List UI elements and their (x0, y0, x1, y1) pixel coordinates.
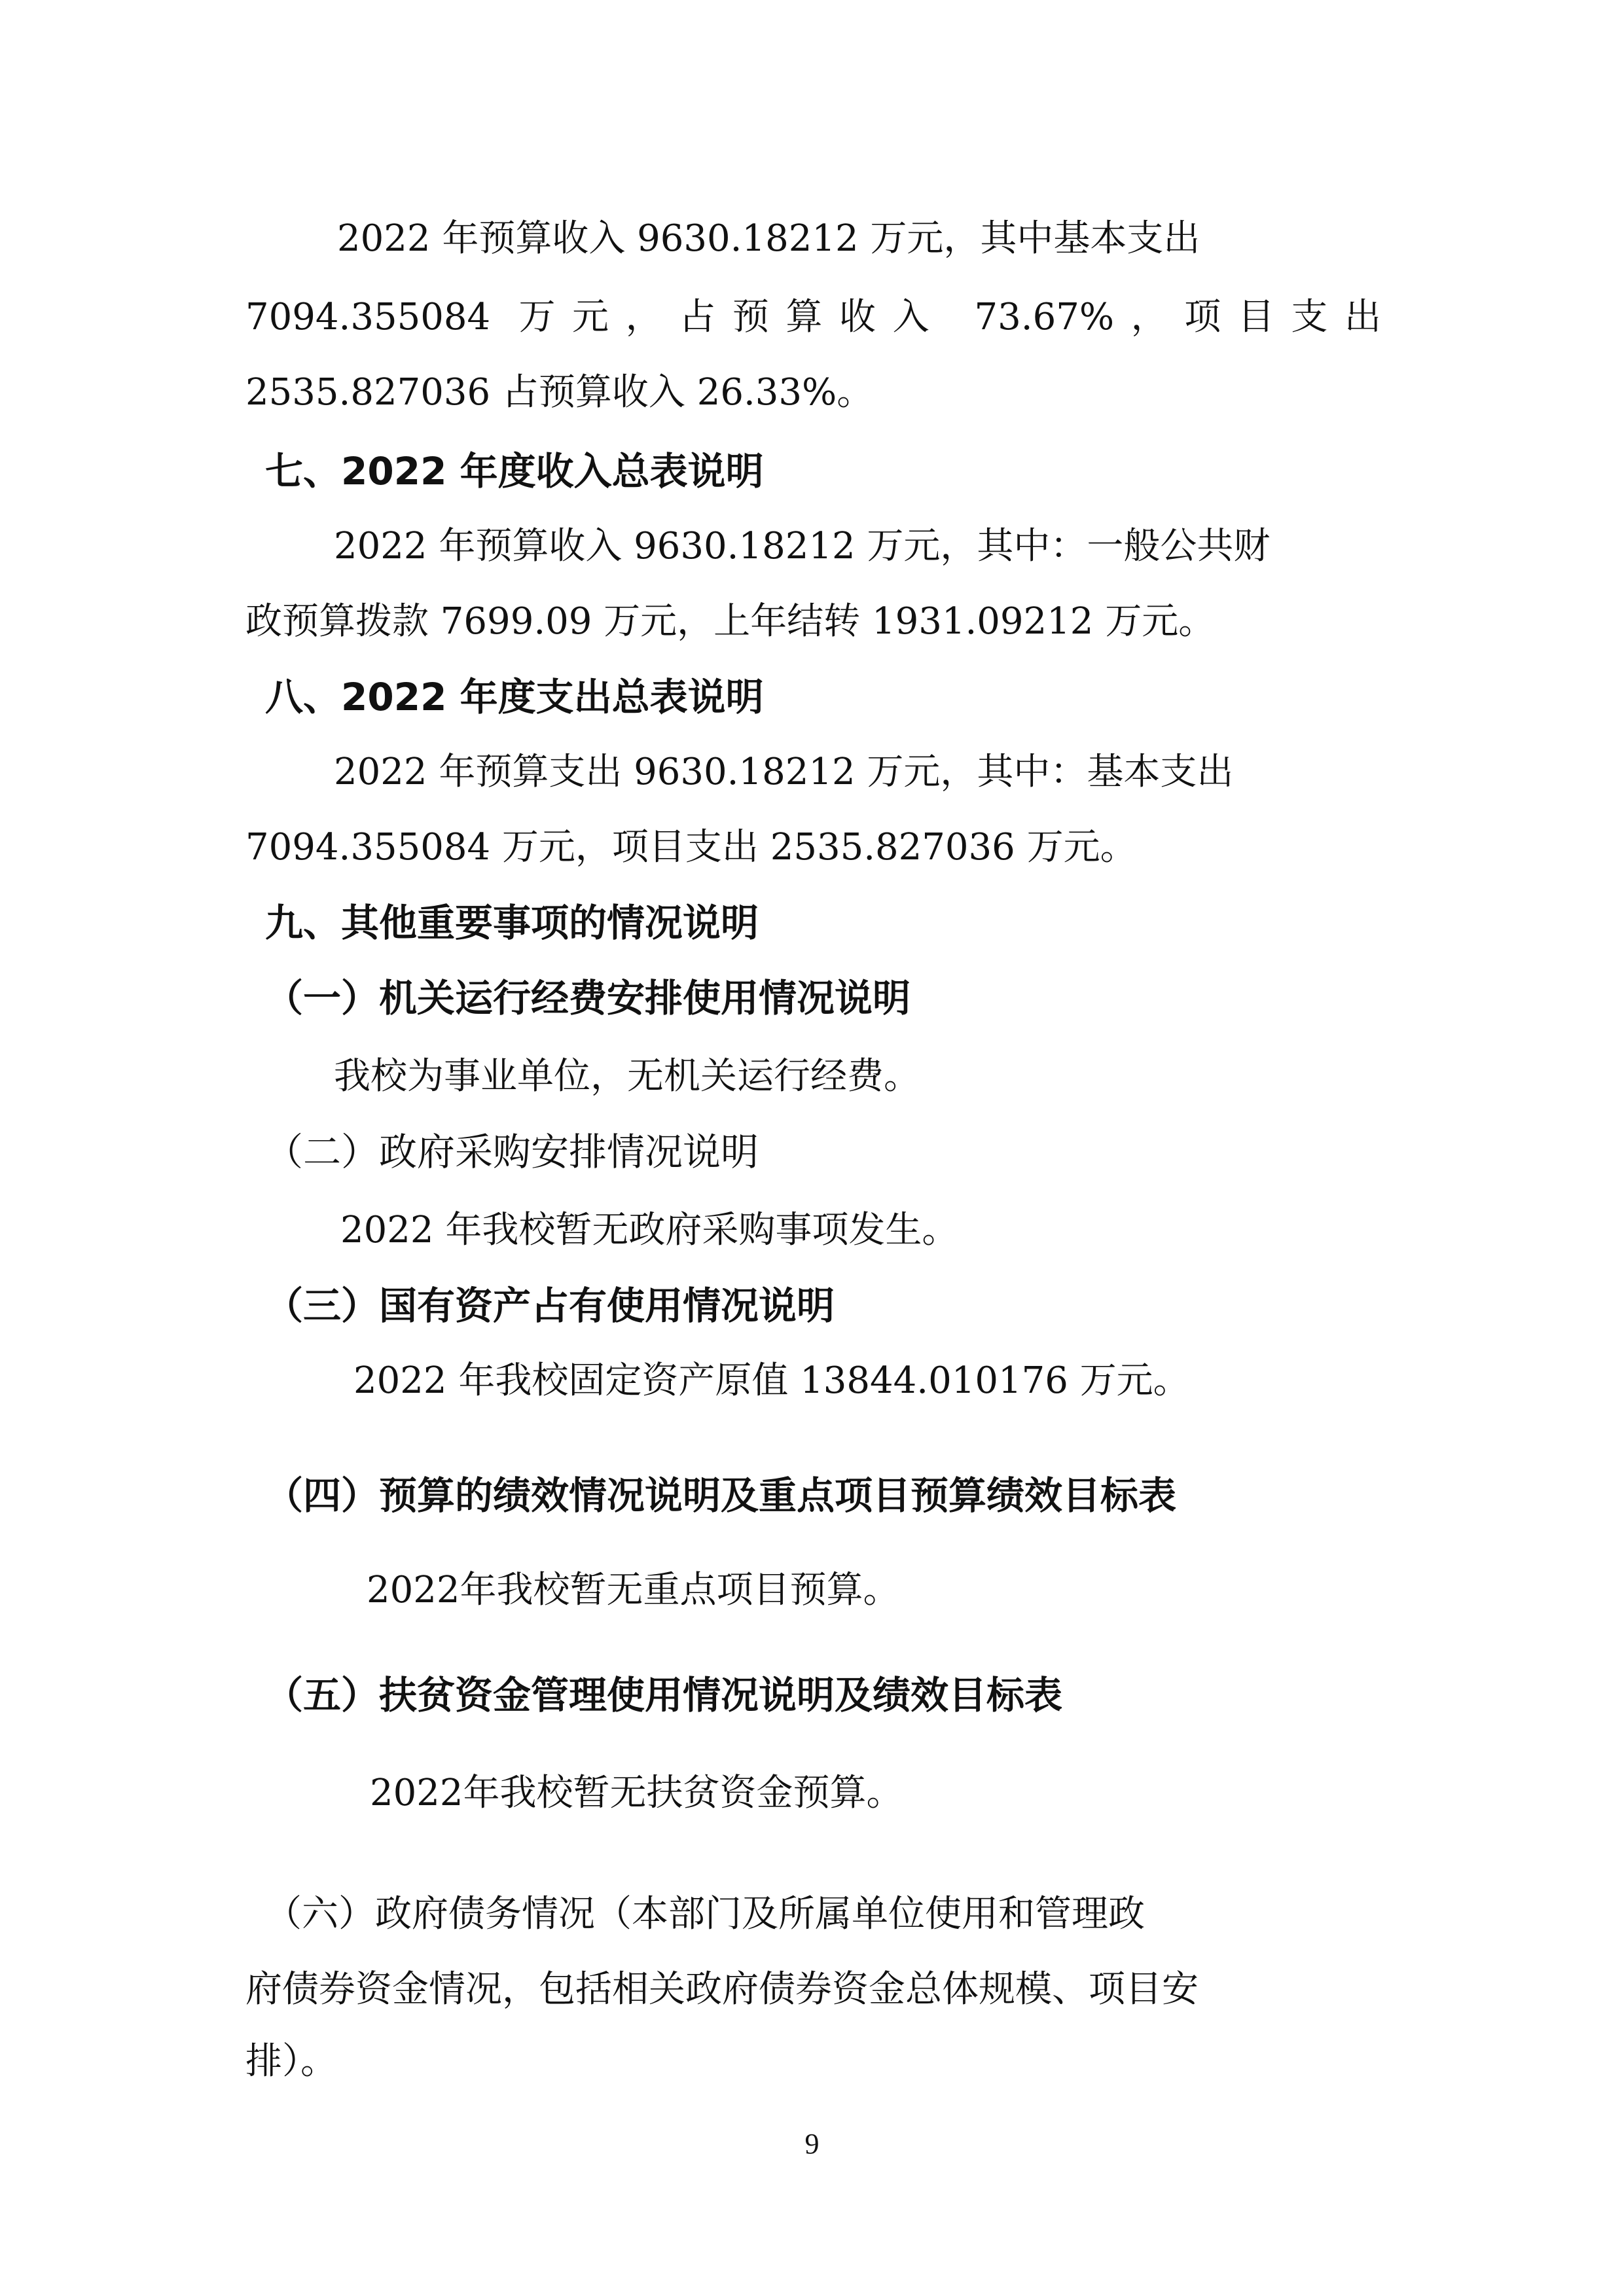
page-number: 9 (0, 2127, 1624, 2161)
section-7-line-2: 政预算拨款 7699.09 万元，上年结转 1931.09212 万元。 (245, 599, 1215, 645)
section-8-line-2: 7094.355084 万元，项目支出 2535.827036 万元。 (245, 825, 1137, 870)
subsection-3-text: 2022 年我校固定资产原值 13844.010176 万元。 (353, 1358, 1190, 1404)
subsection-6-line-3: 排）。 (245, 2039, 337, 2085)
subsection-6-line-2: 府债券资金情况，包括相关政府债券资金总体规模、项目安 (245, 1967, 1199, 2013)
section-8-line-1: 2022 年预算支出 9630.18212 万元，其中：基本支出 (334, 749, 1233, 795)
subsection-1-heading: （一）机关运行经费安排使用情况说明 (265, 975, 911, 1021)
subsection-2-text: 2022 年我校暂无政府采购事项发生。 (340, 1208, 958, 1253)
subsection-2-heading: （二）政府采购安排情况说明 (265, 1129, 759, 1175)
intro-line-2: 7094.355084 万元，占预算收入 73.67%，项目支出 (245, 295, 1381, 340)
subsection-3-heading: （三）国有资产占有使用情况说明 (265, 1283, 835, 1329)
subsection-5-heading: （五）扶贫资金管理使用情况说明及绩效目标表 (265, 1672, 1062, 1718)
subsection-1-text: 我校为事业单位，无机关运行经费。 (334, 1054, 920, 1100)
subsection-6-line-1: （六）政府债务情况（本部门及所属单位使用和管理政 (265, 1892, 1145, 1937)
subsection-4-heading: （四）预算的绩效情况说明及重点项目预算绩效目标表 (265, 1473, 1176, 1518)
section-7-line-1: 2022 年预算收入 9630.18212 万元，其中：一般公共财 (334, 524, 1270, 569)
section-7-heading: 七、2022 年度收入总表说明 (265, 448, 764, 494)
intro-line-1: 2022 年预算收入 9630.18212 万元，其中基本支出 (337, 216, 1200, 262)
subsection-5-text: 2022年我校暂无扶贫资金预算。 (370, 1770, 903, 1816)
subsection-4-text: 2022年我校暂无重点项目预算。 (367, 1568, 900, 1613)
section-9-heading: 九、其他重要事项的情况说明 (265, 900, 759, 946)
intro-line-3: 2535.827036 占预算收入 26.33%。 (245, 370, 873, 416)
section-8-heading: 八、2022 年度支出总表说明 (265, 674, 764, 720)
